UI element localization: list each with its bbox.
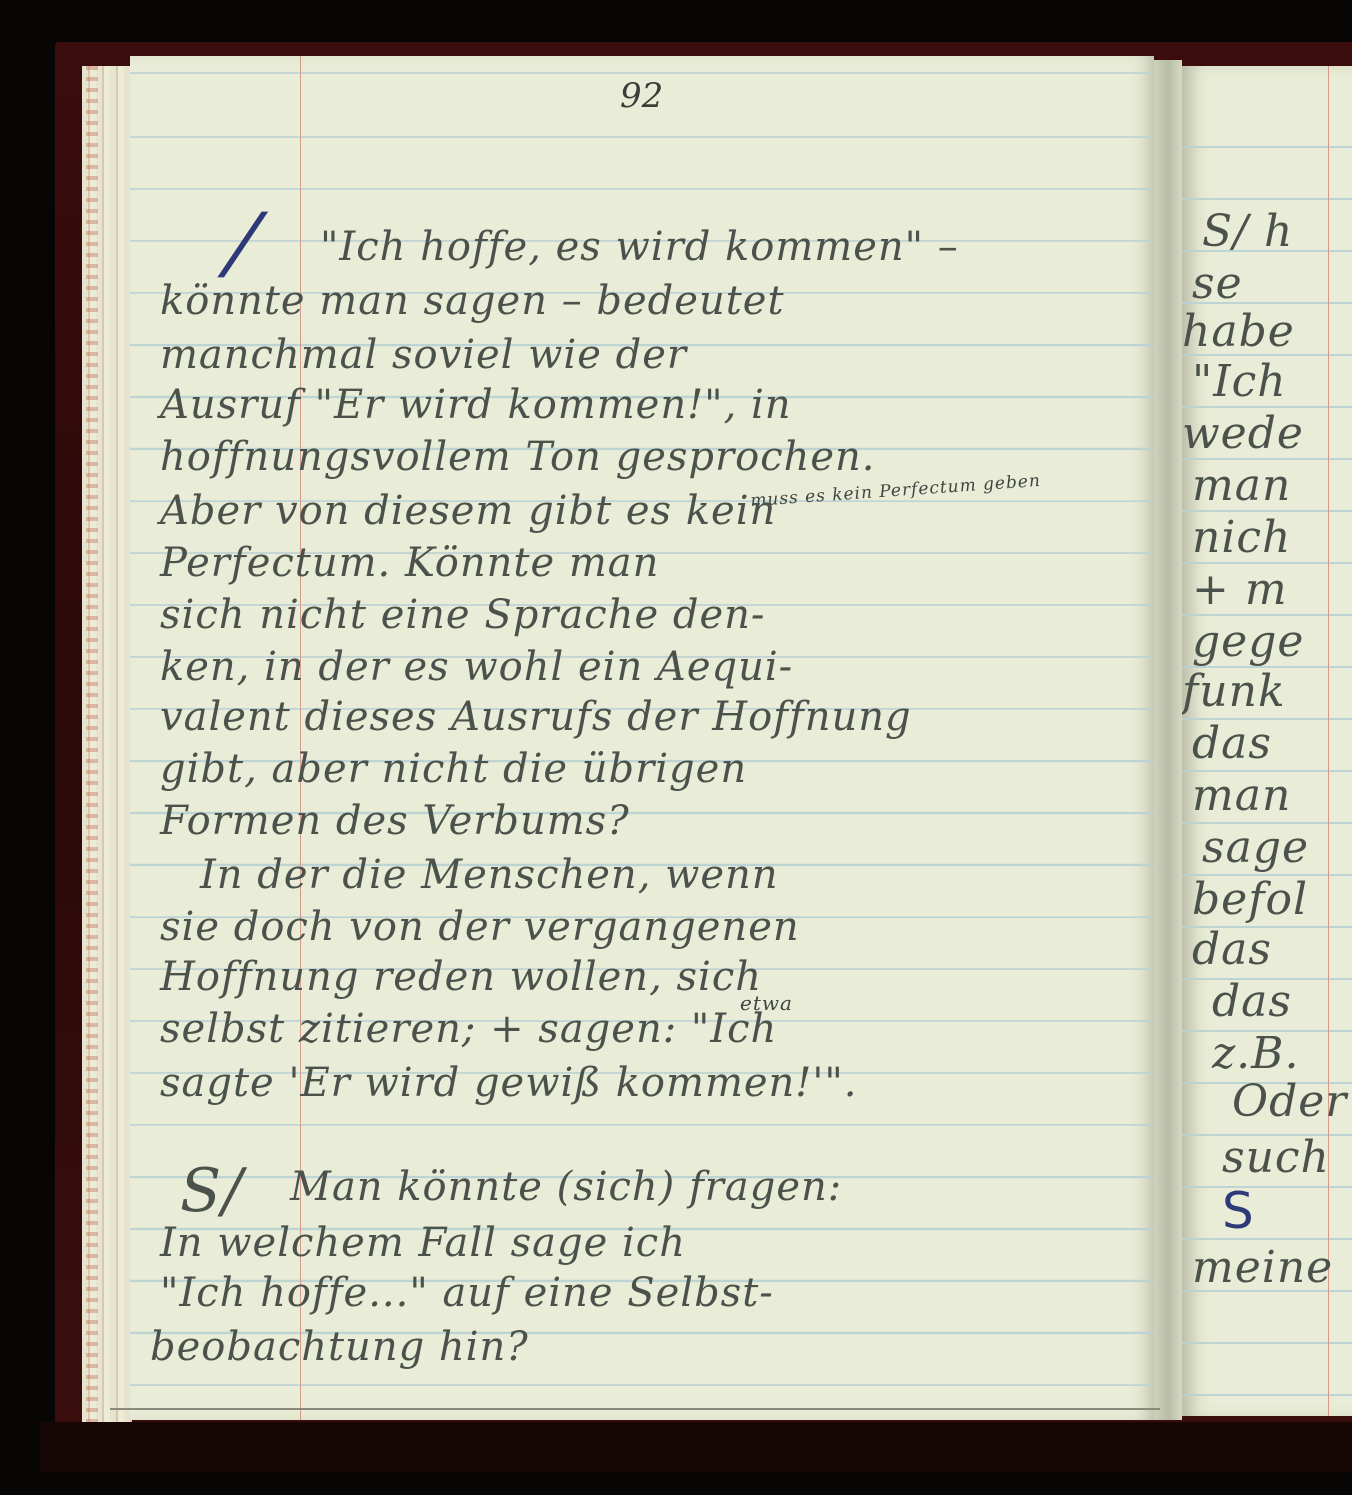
right-line-3: habe: [1182, 306, 1295, 357]
text-line-16: selbst zitieren; + sagen: "Ich: [160, 1006, 777, 1052]
text-line-10: valent dieses Ausrufs der Hoffnung: [160, 694, 912, 740]
right-line-18: Oder: [1232, 1076, 1347, 1127]
text-line-11: gibt, aber nicht die übrigen: [160, 746, 747, 792]
margin-line: [1328, 66, 1329, 1416]
text-line-15: Hoffnung reden wollen, sich: [160, 954, 762, 1000]
page-edge-speckle: [86, 66, 98, 1422]
text-line-3: manchmal soviel wie der: [160, 332, 687, 378]
left-page: 92 / "Ich hoffe, es wird kommen" – könnt…: [130, 56, 1154, 1420]
right-line-17: z.B.: [1212, 1028, 1300, 1079]
right-line-15: das: [1192, 924, 1272, 975]
right-line-1: S/ h: [1202, 206, 1293, 257]
text-line-21: beobachtung hin?: [150, 1324, 529, 1370]
text-line-14: sie doch von der vergangenen: [160, 904, 800, 950]
right-line-9: gege: [1192, 616, 1304, 667]
right-line-10: funk: [1182, 666, 1286, 717]
right-line-16: das: [1212, 976, 1292, 1027]
text-line-2: könnte man sagen – bedeutet: [160, 278, 785, 324]
text-line-6: Aber von diesem gibt es kein: [160, 488, 776, 534]
text-line-8: sich nicht eine Sprache den-: [160, 592, 765, 638]
text-line-17: sagte 'Er wird gewiß kommen!'".: [160, 1060, 857, 1106]
page-bottom-edge: [110, 1408, 1160, 1410]
right-line-8: + m: [1192, 564, 1288, 615]
right-page-fragment: S/ h se habe "Ich wede man nich + m gege…: [1182, 66, 1352, 1416]
right-line-7: nich: [1192, 512, 1291, 563]
cover-bottom-edge: [40, 1422, 1352, 1472]
right-line-21: meine: [1192, 1242, 1333, 1293]
section-mark-s-slash: S/: [180, 1156, 243, 1226]
right-line-12: man: [1192, 770, 1291, 821]
right-line-4: "Ich: [1192, 356, 1287, 407]
text-line-18: Man könnte (sich) fragen:: [290, 1164, 842, 1210]
text-line-19: In welchem Fall sage ich: [160, 1220, 686, 1266]
right-line-6: man: [1192, 460, 1291, 511]
text-line-12: Formen des Verbums?: [160, 798, 630, 844]
text-line-1: "Ich hoffe, es wird kommen" –: [320, 224, 959, 270]
text-line-13: In der die Menschen, wenn: [200, 852, 779, 898]
book-gutter: [1154, 60, 1182, 1420]
page-number: 92: [620, 76, 663, 116]
text-line-20: "Ich hoffe..." auf eine Selbst-: [160, 1270, 774, 1316]
text-line-9: ken, in der es wohl ein Aequi-: [160, 644, 793, 690]
right-line-13: sage: [1202, 822, 1309, 873]
right-line-19: such: [1222, 1132, 1330, 1183]
text-line-7: Perfectum. Könnte man: [160, 540, 659, 586]
right-section-mark: S: [1222, 1182, 1254, 1240]
text-line-5: hoffnungsvollem Ton gesprochen.: [160, 434, 876, 480]
text-line-4: Ausruf "Er wird kommen!", in: [160, 382, 792, 428]
right-line-14: befol: [1192, 874, 1308, 925]
right-line-2: se: [1192, 258, 1243, 309]
right-line-11: das: [1192, 718, 1272, 769]
right-line-5: wede: [1182, 408, 1304, 459]
